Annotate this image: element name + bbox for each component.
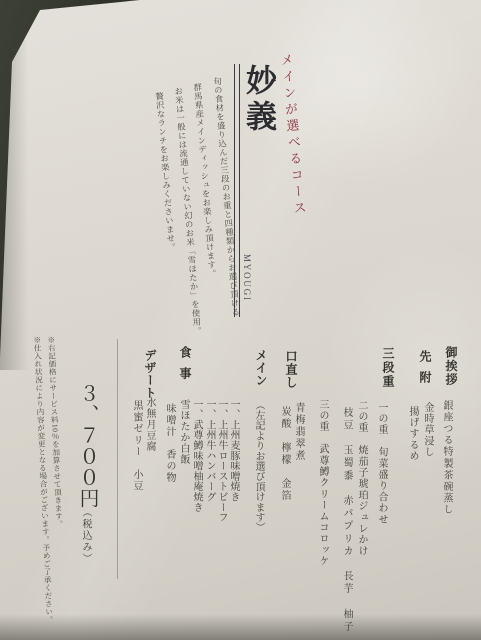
menu-item: 揚げするめ — [407, 406, 417, 462]
menu-item: 一の重 旬菜盛り合わせ — [376, 402, 386, 525]
menu-item: 一、上州麦豚味噌焼き — [228, 399, 238, 502]
menu-item: 二の重 焼茄子琥珀ジュレかけ — [356, 400, 366, 557]
course-name: 妙義 — [243, 64, 274, 136]
menu-item: 銀座つる特製茶碗蒸し — [441, 400, 451, 516]
menu-item: 黒蜜ゼリー 小豆 — [131, 400, 141, 492]
tax-included-note: （税込み） — [80, 507, 90, 565]
menu-item: 青梅翡翠煮 — [293, 402, 303, 462]
section-heading-palate-cleanser: 口直し — [285, 350, 297, 389]
menu-item: 一、上州牛ハンバーグ — [204, 399, 214, 502]
bottom-shadow — [0, 614, 481, 640]
menu-item: 枝豆 玉蜀黍 赤パプリカ 長芋 柚子 — [341, 407, 351, 634]
menu-item: （左記よりお選び頂けます） — [253, 400, 263, 533]
section-heading-greeting: 御挨拶 — [445, 346, 457, 387]
menu-item: 炭酸 檸檬 金箔 — [279, 406, 289, 502]
price-amount: ３、７００円 — [77, 383, 97, 509]
menu-item: 味噌汁 香の物 — [164, 403, 174, 484]
footnote-service-charge: ※右記価格にサービス料10％を加算させて頂きます。 — [47, 336, 63, 529]
menu-item: 金時草浸し — [422, 402, 432, 458]
description-line: 贅沢なランチをお楽しみくださいませ。 — [154, 92, 175, 252]
section-heading-meal: 食事 — [179, 346, 191, 388]
description-line: 群馬県産メインディッシュをお楽しみ頂けます。 — [192, 83, 216, 279]
menu-item: 一、上州牛ローストビーフ — [216, 399, 226, 523]
menu-item: 三の重 武尊鱒クリームコロッケ — [317, 399, 327, 567]
course-name-romaji: MYOUGI — [242, 254, 251, 302]
paper-crease-line — [117, 339, 118, 579]
paper-edge-shadow — [0, 40, 28, 370]
menu-item: 一、武尊鱒味噌柚庵焼き — [191, 399, 201, 512]
menu-item: 雪ほたか白飯 — [178, 399, 188, 465]
section-heading-three-tier-box: 三段重 — [382, 347, 394, 389]
menu-card: メインが選べるコース 妙義 MYOUGI 旬の食材を盛り込んだ三段のお重と四種類… — [0, 0, 481, 640]
menu-photo: メインが選べるコース 妙義 MYOUGI 旬の食材を盛り込んだ三段のお重と四種類… — [0, 0, 481, 640]
section-heading-dessert: デザート — [144, 349, 156, 399]
section-heading-main: メイン — [255, 349, 267, 387]
section-heading-appetizer: 先附 — [419, 350, 431, 392]
course-tagline: メインが選べるコース — [279, 52, 306, 218]
menu-item: 水無月豆腐 — [144, 397, 154, 452]
